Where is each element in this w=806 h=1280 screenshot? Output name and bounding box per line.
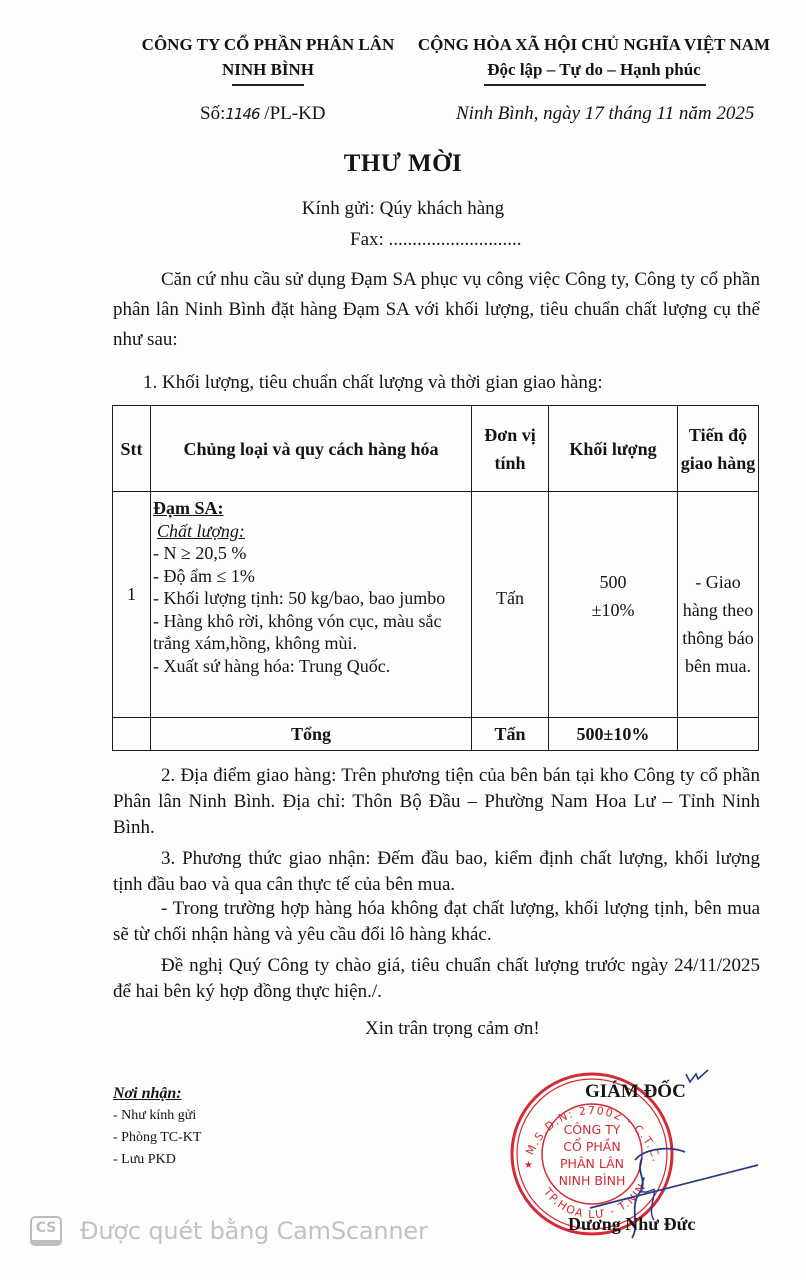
intro-paragraph: Căn cứ nhu cầu sử dụng Đạm SA phục vụ cô… — [113, 265, 760, 355]
company-name-line1: CÔNG TY CỔ PHẦN PHÂN LÂN — [118, 32, 418, 57]
svg-text:CÔNG TY: CÔNG TY — [564, 1122, 621, 1137]
recipient-item: - Lưu PKD — [113, 1149, 201, 1171]
greeting: Kính gửi: Qúy khách hàng — [0, 198, 806, 220]
section-3-note-text: - Trong trường hợp hàng hóa không đạt ch… — [113, 898, 760, 945]
signatory-name: Dương Như Đức — [568, 1214, 695, 1235]
section-2: 2. Địa điểm giao hàng: Trên phương tiện … — [113, 763, 760, 841]
company-underline — [232, 84, 304, 86]
ref-number: 1146 — [225, 105, 259, 123]
col-qty-header: Khối lượng — [549, 406, 678, 492]
spec-item: - Độ ẩm ≤ 1% — [153, 565, 471, 588]
request-paragraph: Đề nghị Quý Công ty chào giá, tiêu chuẩn… — [113, 953, 760, 1005]
camscanner-logo-icon: CS — [30, 1216, 62, 1246]
intro-text: Căn cứ nhu cầu sử dụng Đạm SA phục vụ cô… — [113, 269, 760, 350]
national-motto-block: CỘNG HÒA XÃ HỘI CHỦ NGHĨA VIỆT NAM Độc l… — [408, 32, 780, 82]
quality-label: Chất lượng: — [153, 520, 471, 543]
section-3-note: - Trong trường hợp hàng hóa không đạt ch… — [113, 896, 760, 948]
recipient-item: - Như kính gửi — [113, 1105, 201, 1127]
document-date: Ninh Bình, ngày 17 tháng 11 năm 2025 — [456, 103, 754, 125]
section-3: 3. Phương thức giao nhận: Đếm đầu bao, k… — [113, 846, 760, 898]
col-schedule-header: Tiến độ giao hàng — [678, 406, 759, 492]
spec-item: - Hàng khô rời, không vón cục, màu sắc t… — [153, 610, 471, 655]
section-1-text: 1. Khối lượng, tiêu chuẩn chất lượng và … — [143, 372, 603, 393]
qty-value: 500 — [549, 568, 677, 596]
row-description: Đạm SA: Chất lượng: - N ≥ 20,5 % - Độ ẩm… — [151, 492, 472, 718]
col-stt-header: Stt — [113, 406, 151, 492]
total-label: Tổng — [151, 718, 472, 751]
spec-item: - N ≥ 20,5 % — [153, 542, 471, 565]
ref-prefix: Số: — [200, 103, 225, 124]
table-row: 1 Đạm SA: Chất lượng: - N ≥ 20,5 % - Độ … — [113, 492, 759, 718]
request-text: Đề nghị Quý Công ty chào giá, tiêu chuẩn… — [113, 955, 760, 1002]
nation-title: CỘNG HÒA XÃ HỘI CHỦ NGHĨA VIỆT NAM — [408, 32, 780, 57]
signatory-title: GIÁM ĐỐC — [585, 1081, 686, 1103]
total-unit: Tấn — [472, 718, 549, 751]
company-name-line2: NINH BÌNH — [118, 57, 418, 82]
col-desc-header: Chủng loại và quy cách hàng hóa — [151, 406, 472, 492]
document-reference: Số:1146 /PL-KD — [200, 103, 326, 125]
closing-line: Xin trân trọng cảm ơn! — [365, 1018, 540, 1040]
spec-item: - Khối lượng tịnh: 50 kg/bao, bao jumbo — [153, 587, 471, 610]
total-schedule-empty — [678, 718, 759, 751]
section-2-text: 2. Địa điểm giao hàng: Trên phương tiện … — [113, 765, 760, 838]
ref-suffix: /PL-KD — [260, 103, 326, 124]
row-schedule: - Giao hàng theo thông báo bên mua. — [678, 492, 759, 718]
motto-underline — [484, 84, 706, 86]
qty-tolerance: ±10% — [549, 596, 677, 624]
row-quantity: 500 ±10% — [549, 492, 678, 718]
recipient-item: - Phòng TC-KT — [113, 1127, 201, 1149]
recipients-heading: Nơi nhận: — [113, 1083, 201, 1105]
product-name: Đạm SA: — [153, 497, 471, 520]
table-header-row: Stt Chủng loại và quy cách hàng hóa Đơn … — [113, 406, 759, 492]
section-3-text: 3. Phương thức giao nhận: Đếm đầu bao, k… — [113, 848, 760, 895]
row-stt: 1 — [113, 492, 151, 718]
camscanner-watermark-text: Được quét bằng CamScanner — [80, 1217, 428, 1245]
recipients-block: Nơi nhận: - Như kính gửi - Phòng TC-KT -… — [113, 1083, 201, 1171]
col-unit-header: Đơn vị tính — [472, 406, 549, 492]
table-total-row: Tổng Tấn 500±10% — [113, 718, 759, 751]
nation-motto: Độc lập – Tự do – Hạnh phúc — [408, 57, 780, 82]
document-title: THƯ MỜI — [0, 150, 806, 178]
spec-item: - Xuất sứ hàng hóa: Trung Quốc. — [153, 655, 471, 678]
signature-tick-mark — [684, 1068, 710, 1086]
company-name-block: CÔNG TY CỔ PHẦN PHÂN LÂN NINH BÌNH — [118, 32, 418, 82]
total-quantity: 500±10% — [549, 718, 678, 751]
total-stt-empty — [113, 718, 151, 751]
section-1-heading: 1. Khối lượng, tiêu chuẩn chất lượng và … — [113, 368, 760, 398]
fax-line: Fax: ............................ — [350, 229, 522, 251]
order-table: Stt Chủng loại và quy cách hàng hóa Đơn … — [112, 405, 759, 751]
svg-text:★: ★ — [524, 1160, 533, 1171]
row-unit: Tấn — [472, 492, 549, 718]
